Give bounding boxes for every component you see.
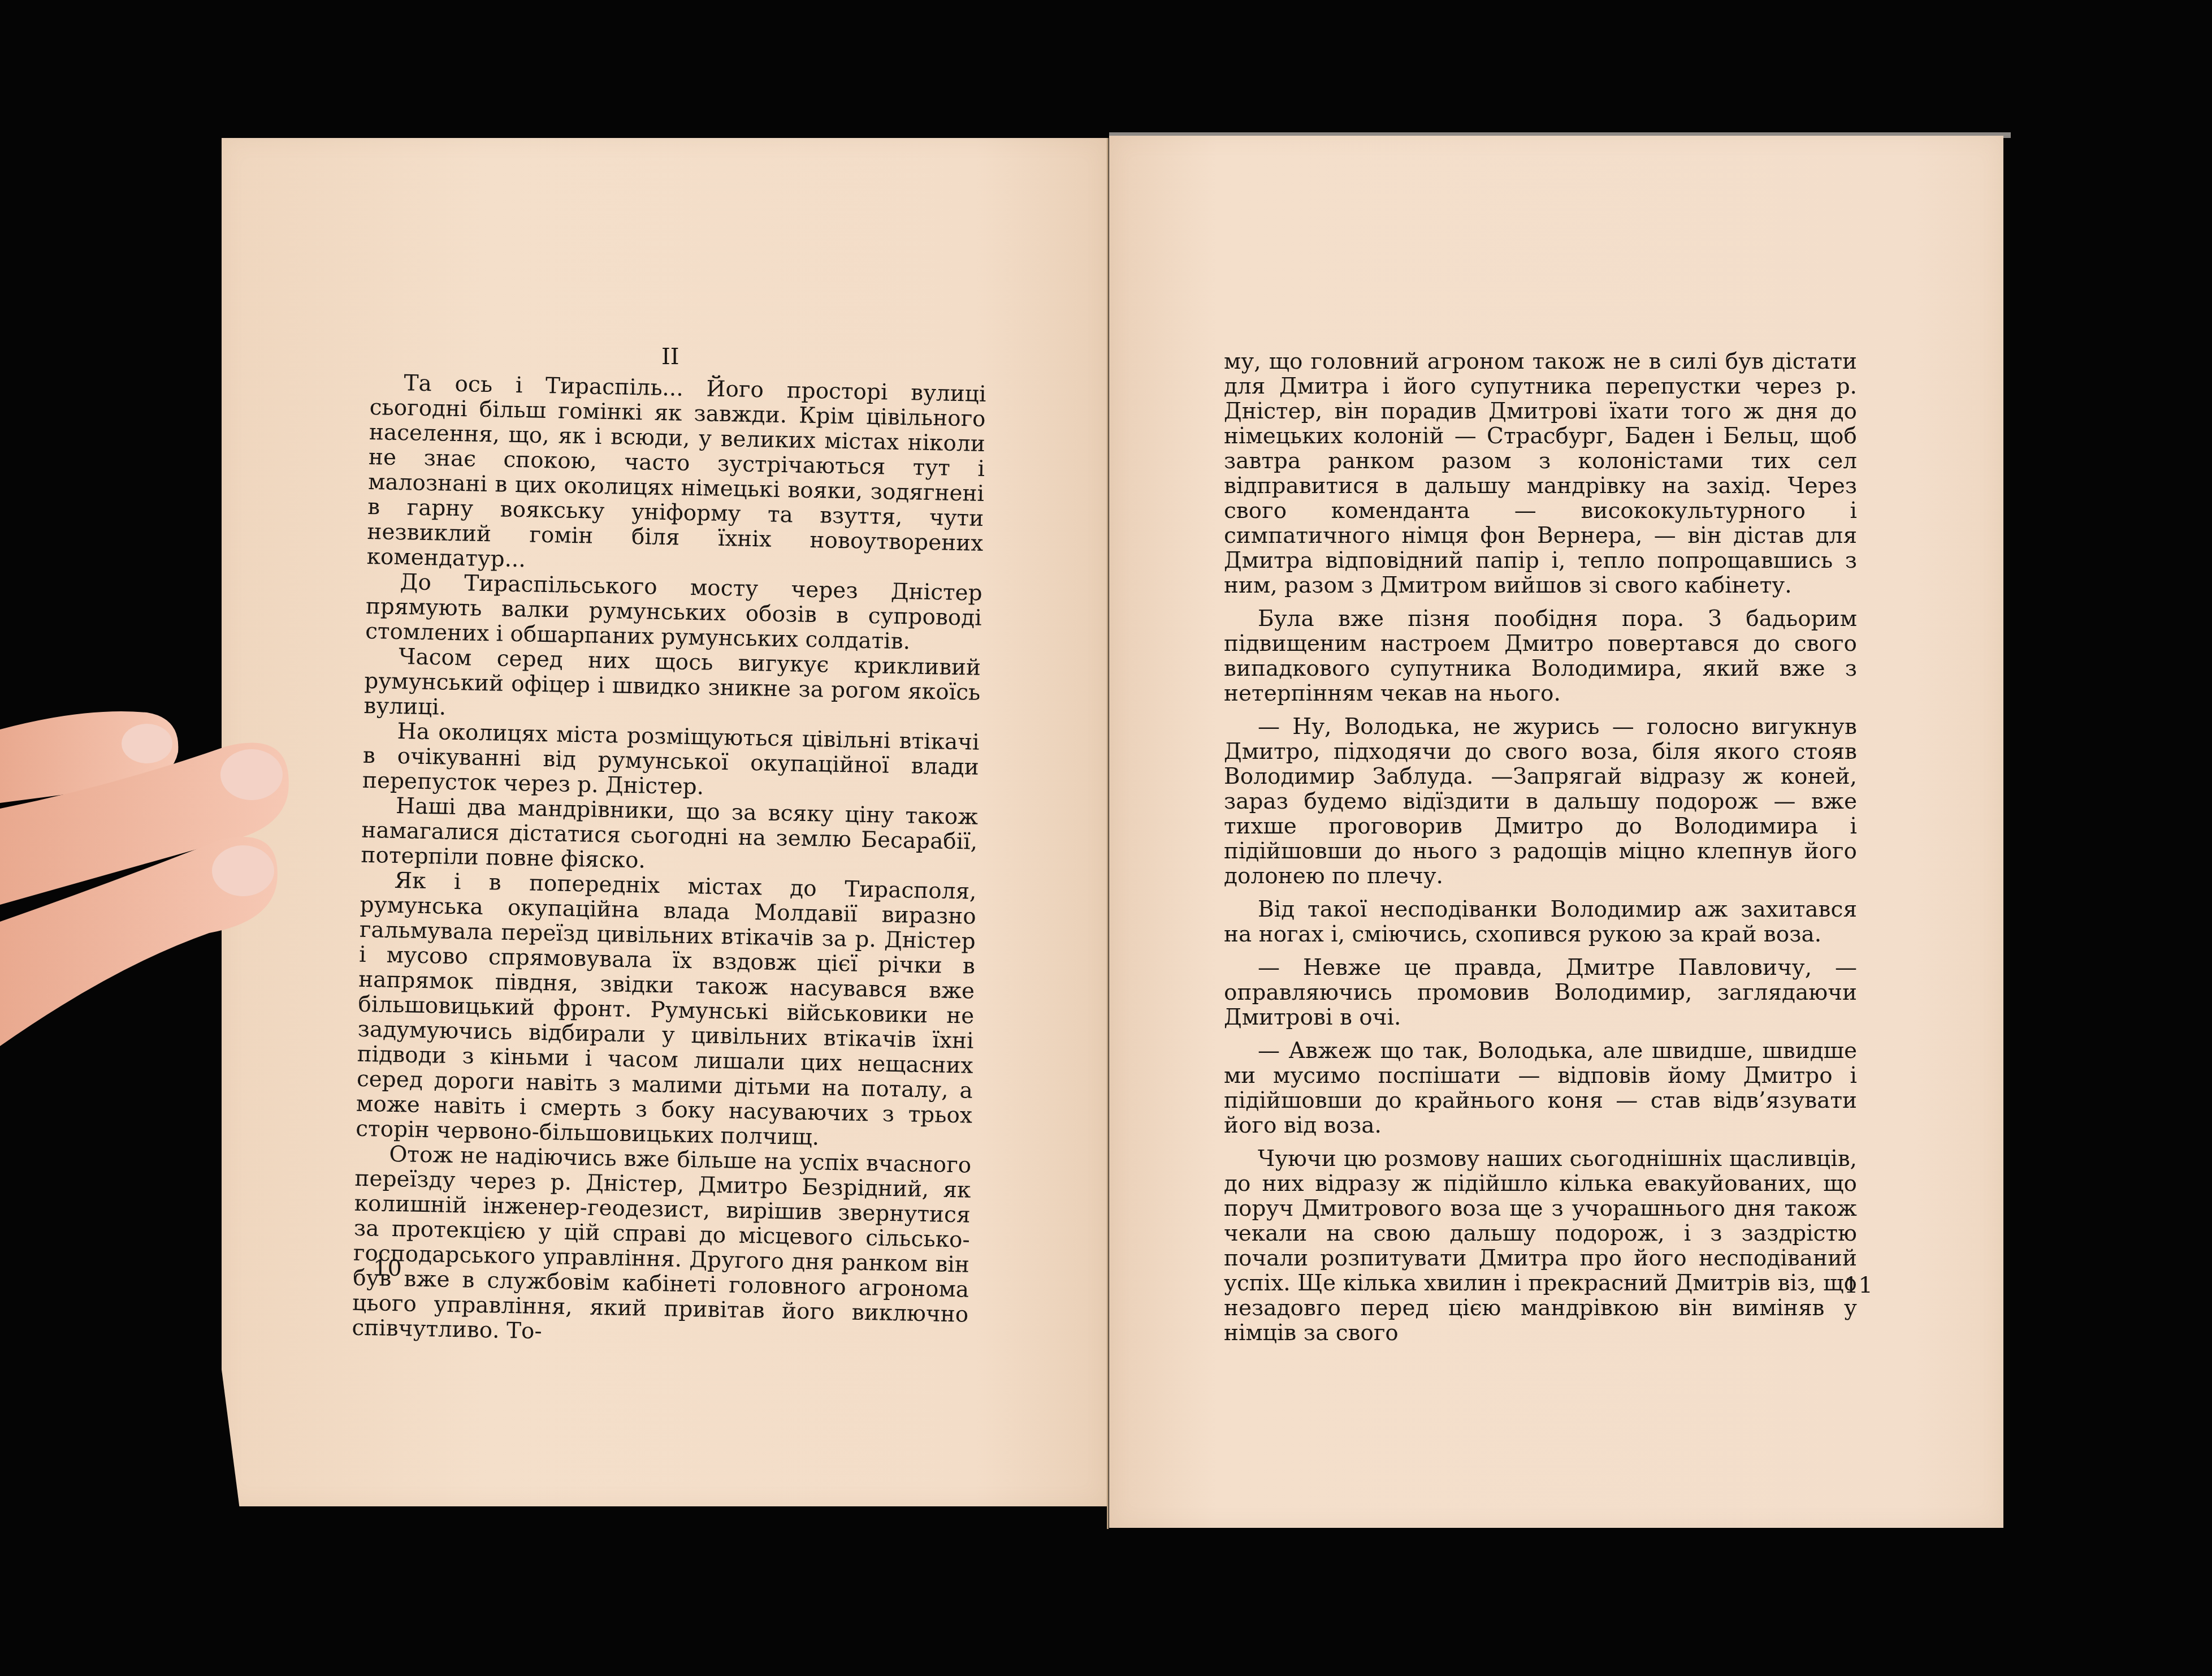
chapter-heading: II xyxy=(661,344,679,370)
paragraph: му, що головний агроном також не в силі … xyxy=(1224,349,1857,598)
paragraph: Отож не надіючись вже більше на успіх вч… xyxy=(352,1142,972,1353)
book-spine xyxy=(1107,138,1109,1529)
paragraph: — Ну, Володька, не журись — голосно вигу… xyxy=(1224,715,1857,889)
left-page-text: Та ось і Тираспіль... Його просторі вули… xyxy=(352,370,986,1353)
paragraph: На околицях міста розміщуються цівільні … xyxy=(362,719,980,805)
paragraph: Та ось і Тираспіль... Його просторі вули… xyxy=(366,370,986,581)
paragraph: Наші два мандрівники, що за всяку ціну т… xyxy=(361,793,978,880)
right-page-text: му, що головний агроном також не в силі … xyxy=(1224,349,1857,1346)
paragraph: Чуючи цю розмову наших сьогоднішніх щасл… xyxy=(1224,1147,1857,1346)
page-number-left: 10 xyxy=(373,1255,402,1281)
paragraph: — Невже це правда, Дмитре Павловичу, — о… xyxy=(1224,956,1857,1030)
page-number-right: 11 xyxy=(1844,1272,1873,1298)
paragraph: Від такої несподіванки Володимир аж захи… xyxy=(1224,897,1857,947)
paragraph: Як і в попередніх містах до Тирасполя, р… xyxy=(356,868,977,1154)
paragraph: До Тираспільського мосту через Дністер п… xyxy=(365,569,982,656)
paragraph: Була вже пізня пообідня пора. З бадьорим… xyxy=(1224,607,1857,706)
paragraph: Часом серед них щось вигукує крикливий р… xyxy=(363,644,981,731)
paragraph: — Авжеж що так, Володька, але швидше, шв… xyxy=(1224,1039,1857,1138)
hand-fingers-icon xyxy=(0,696,294,1057)
